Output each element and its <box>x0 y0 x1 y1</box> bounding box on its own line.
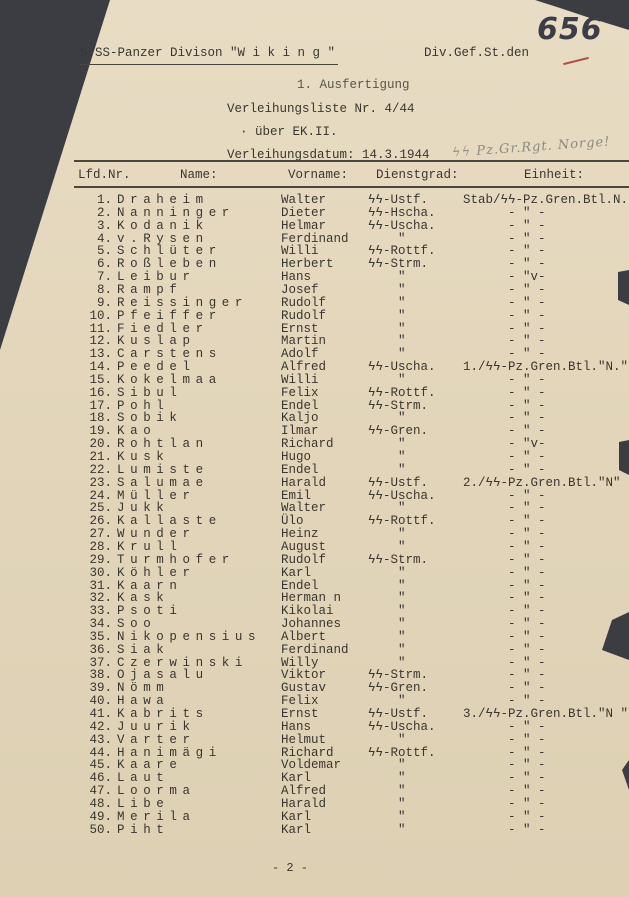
table-row: 10.PfeifferRudolf"- " - <box>0 309 629 322</box>
table-row: 36.SiakFerdinand"- " - <box>0 643 629 656</box>
header-dienstgrad: Dienstgrad: <box>376 168 459 182</box>
table-row: 4.v.RysenFerdinand"- " - <box>0 232 629 245</box>
table-row: 9.ReissingerRudolf"- " - <box>0 296 629 309</box>
table-top-rule <box>74 160 629 162</box>
table-row: 8.RampfJosef"- " - <box>0 283 629 296</box>
cell-vorname: Karl <box>281 823 311 837</box>
table-row: 13.CarstensAdolf"- " - <box>0 347 629 360</box>
list-title: Verleihungsliste Nr. 4/44 <box>227 102 415 116</box>
table-row: 49.MerilaKarl"- " - <box>0 810 629 823</box>
table-row: 26.KallasteÜloϟϟ-Rottf.- " - <box>0 514 629 527</box>
table-header-rule <box>74 186 629 188</box>
table-row: 35.NikopensiusAlbert"- " - <box>0 630 629 643</box>
copy-label: 1. Ausfertigung <box>297 78 410 92</box>
table-row: 7.LeiburHans"- "v- <box>0 270 629 283</box>
table-row: 39.NömmGustavϟϟ-Gren.- " - <box>0 681 629 694</box>
header-einheit: Einheit: <box>524 168 584 182</box>
table-row: 12.KuslapMartin"- " - <box>0 334 629 347</box>
division-header-underline <box>80 64 338 65</box>
table-row: 24.MüllerEmilϟϟ-Uscha.- " - <box>0 489 629 502</box>
table-row: 19.KaoIlmarϟϟ-Gren.- " - <box>0 424 629 437</box>
table-row: 23.SalumaeHaraldϟϟ-Ustf.2./ϟϟ-Pz.Gren.Bt… <box>0 476 629 489</box>
table-row: 17.PohlEndelϟϟ-Strm.- " - <box>0 399 629 412</box>
table-row: 47.LoormaAlfred"- " - <box>0 784 629 797</box>
table-row: 28.KrullAugust"- " - <box>0 540 629 553</box>
table-row: 2.NanningerDieterϟϟ-Hscha.- " - <box>0 206 629 219</box>
table-row: 50.PihtKarl"- " - <box>0 823 629 836</box>
division-header: 5.SS-Panzer Divison "W i k i n g " <box>80 46 335 60</box>
table-row: 48.LibeHarald"- " - <box>0 797 629 810</box>
table-row: 15.KokelmaaWilli"- " - <box>0 373 629 386</box>
table-row: 32.KaskHerman n"- " - <box>0 591 629 604</box>
table-row: 20.RohtlanRichard"- "v- <box>0 437 629 450</box>
table-header: Lfd.Nr. Name: Vorname: Dienstgrad: Einhe… <box>0 168 629 181</box>
archive-number: 656 <box>537 12 603 47</box>
cell-name: Piht <box>117 823 169 837</box>
table-row: 44.HanimägiRichardϟϟ-Rottf.- " - <box>0 746 629 759</box>
table-row: 22.LumisteEndel"- " - <box>0 463 629 476</box>
table-row: 16.SibulFelixϟϟ-Rottf.- " - <box>0 386 629 399</box>
table-row: 25.JukkWalter"- " - <box>0 501 629 514</box>
table-row: 21.KuskHugo"- " - <box>0 450 629 463</box>
table-row: 3.KodanikHelmarϟϟ-Uscha.- " - <box>0 219 629 232</box>
table-row: 45.KaareVoldemar"- " - <box>0 758 629 771</box>
table-row: 43.VarterHelmut"- " - <box>0 733 629 746</box>
award-label: · über EK.II. <box>240 125 338 139</box>
table-row: 11.FiedlerErnst"- " - <box>0 322 629 335</box>
cell-dienstgrad: " <box>398 823 406 837</box>
header-nr: Lfd.Nr. <box>78 168 131 182</box>
table-row: 6.RoßlebenHerbertϟϟ-Strm.- " - <box>0 257 629 270</box>
cell-nr: 50. <box>82 823 112 837</box>
table-row: 38.OjasaluViktorϟϟ-Strm.- " - <box>0 668 629 681</box>
table-row: 41.KabritsErnstϟϟ-Ustf.3./ϟϟ-Pz.Gren.Btl… <box>0 707 629 720</box>
table-row: 27.WunderHeinz"- " - <box>0 527 629 540</box>
table-row: 34.SooJohannes"- " - <box>0 617 629 630</box>
table-row: 14.PeedelAlfredϟϟ-Uscha.1./ϟϟ-Pz.Gren.Bt… <box>0 360 629 373</box>
table-row: 30.KöhlerKarl"- " - <box>0 566 629 579</box>
table-row: 46.LautKarl"- " - <box>0 771 629 784</box>
header-vorname: Vorname: <box>288 168 348 182</box>
table-row: 33.PsotiKikolai"- " - <box>0 604 629 617</box>
cell-einheit: - " - <box>508 823 546 837</box>
table-row: 5.SchlüterWilliϟϟ-Rottf.- " - <box>0 244 629 257</box>
header-name: Name: <box>180 168 218 182</box>
office-label: Div.Gef.St.den <box>424 46 529 60</box>
table-row: 31.KaarnEndel"- " - <box>0 579 629 592</box>
table-row: 42.JuurikHansϟϟ-Uscha.- " - <box>0 720 629 733</box>
page-number: - 2 - <box>272 861 308 875</box>
table-row: 18.SobikKaljo"- " - <box>0 411 629 424</box>
table-row: 40.HawaFelix"- " - <box>0 694 629 707</box>
table-row: 37.CzerwinskiWilly"- " - <box>0 656 629 669</box>
table-row: 1.DraheimWalterϟϟ-Ustf.Stab/ϟϟ-Pz.Gren.B… <box>0 193 629 206</box>
table-row: 29.TurmhoferRudolfϟϟ-Strm.- " - <box>0 553 629 566</box>
